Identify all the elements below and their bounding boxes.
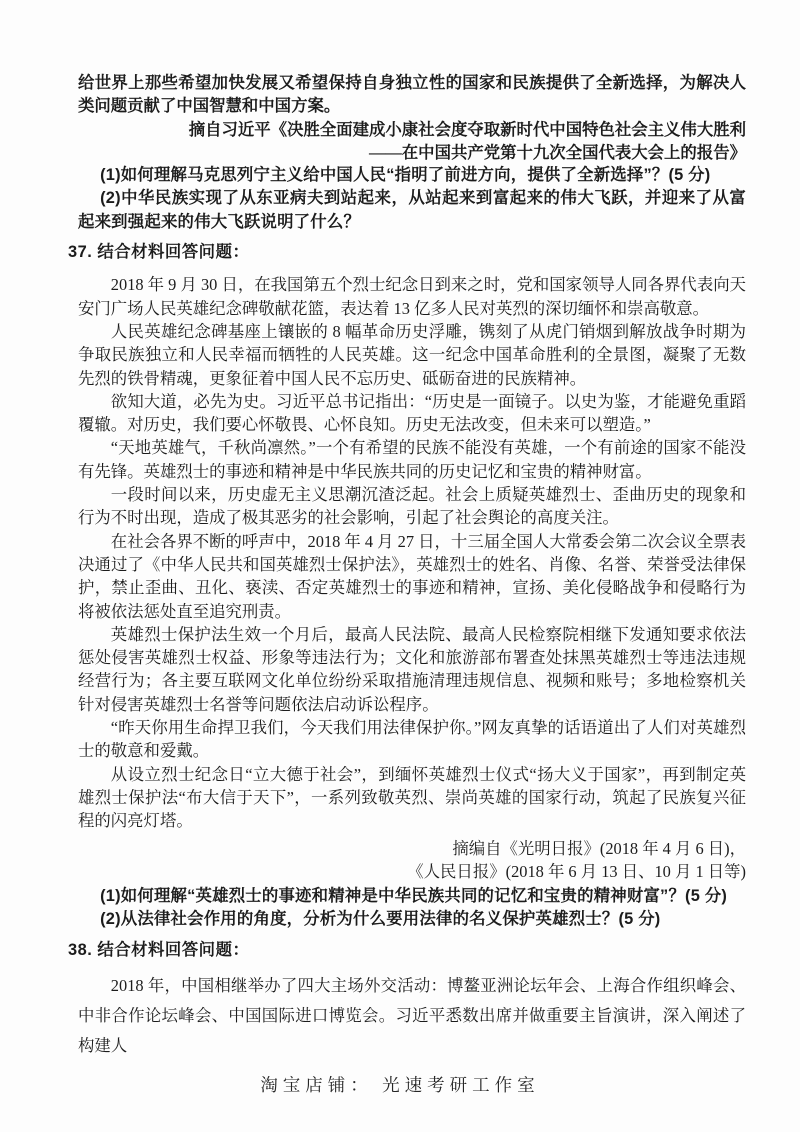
taobao-shop-watermark: 淘宝店铺： 光速考研工作室 [0, 1072, 800, 1097]
q37-material-paragraph: 一段时间以来，历史虚无主义思潮沉渣泛起。社会上质疑英雄烈士、歪曲历史的现象和行为… [78, 483, 746, 530]
q38-material-paragraph: 2018 年，中国相继举办了四大主场外交活动：博鳌亚洲论坛年会、上海合作组织峰会… [78, 971, 746, 1061]
q37-material-paragraph: 欲知大道，必先为史。习近平总书记指出：“历史是一面镜子。以史为鉴，才能避免重蹈覆… [78, 390, 746, 437]
question-37-sub-2: (2)从法律社会作用的角度，分析为什么要用法律的名义保护英雄烈士？(5 分) [78, 908, 746, 931]
exam-page-scan: 给世界上那些希望加快发展又希望保持自身独立性的国家和民族提供了全新选择，为解决人… [0, 0, 800, 1132]
source-attribution-line-1: 摘自习近平《决胜全面建成小康社会度夺取新时代中国特色社会主义伟大胜利 [78, 118, 746, 141]
q37-citation-line-1: 摘编自《光明日报》(2018 年 4 月 6 日)， [78, 837, 746, 860]
q37-material-paragraph: 2018 年 9 月 30 日，在我国第五个烈士纪念日到来之时，党和国家领导人同… [78, 273, 746, 320]
question-37-header: 37. 结合材料回答问题： [68, 241, 746, 264]
question-37-sub-1: (1)如何理解“英雄烈士的事迹和精神是中华民族共同的记忆和宝贵的精神财富”？(5… [78, 885, 746, 908]
q37-citation-line-2: 《人民日报》(2018 年 6 月 13 日、10 月 1 日等) [78, 860, 746, 883]
question-36-sub-2: (2)中华民族实现了从东亚病夫到站起来，从站起来到富起来的伟大飞跃，并迎来了从富… [78, 187, 746, 234]
q37-material-paragraph: “昨天你用生命捍卫我们，今天我们用法律保护你。”网友真挚的话语道出了人们对英雄烈… [78, 716, 746, 763]
source-attribution-line-2: ——在中国共产党第十九次全国代表大会上的报告》 [78, 141, 746, 164]
q37-material-paragraph: 在社会各界不断的呼声中，2018 年 4 月 27 日，十三届全国人大常委会第二… [78, 530, 746, 623]
question-36-sub-1: (1)如何理解马克思列宁主义给中国人民“指明了前进方向，提供了全新选择”？(5 … [78, 164, 746, 187]
intro-material-paragraph: 给世界上那些希望加快发展又希望保持自身独立性的国家和民族提供了全新选择，为解决人… [78, 71, 746, 118]
q37-material-paragraph: “天地英雄气，千秋尚凛然。”一个有希望的民族不能没有英雄，一个有前途的国家不能没… [78, 436, 746, 483]
q37-material-paragraph: 人民英雄纪念碑基座上镶嵌的 8 幅革命历史浮雕，镌刻了从虎门销烟到解放战争时期为… [78, 320, 746, 390]
question-38-header: 38. 结合材料回答问题： [68, 939, 746, 962]
page-text-block: 给世界上那些希望加快发展又希望保持自身独立性的国家和民族提供了全新选择，为解决人… [78, 71, 746, 1061]
q37-material-paragraph: 英雄烈士保护法生效一个月后，最高人民法院、最高人民检察院相继下发通知要求依法惩处… [78, 623, 746, 716]
q37-material-paragraph: 从设立烈士纪念日“立大德于社会”，到缅怀英雄烈士仪式“扬大义于国家”，再到制定英… [78, 763, 746, 833]
